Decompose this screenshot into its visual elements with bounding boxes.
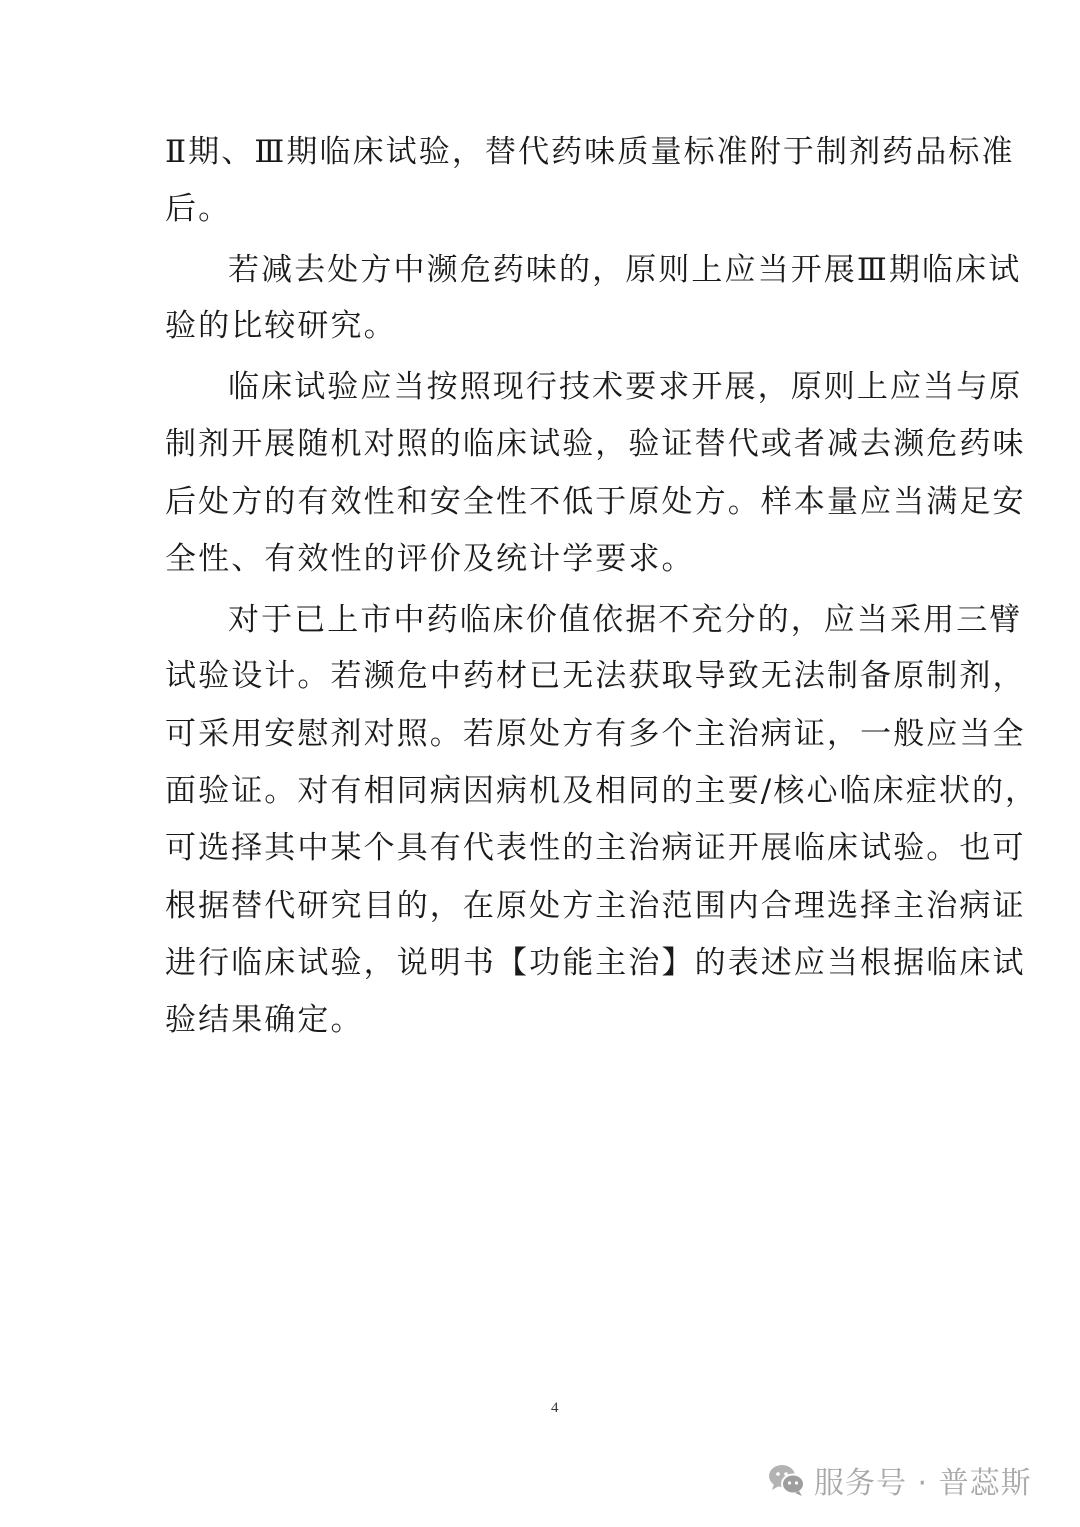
body-line-9: 对于已上市中药临床价值依据不充分的，应当采用三臂 [228, 600, 988, 640]
document-page: Ⅱ期、Ⅲ期临床试验，替代药味质量标准附于制剂药品标准 后。 若减去处方中濒危药味… [0, 0, 1080, 1527]
body-line-12: 面验证。对有相同病因病机及相同的主要/核心临床症状的， [165, 771, 925, 811]
body-line-4: 验的比较研究。 [165, 306, 925, 346]
watermark-text: 服务号 · 普蕊斯 [814, 1458, 1032, 1502]
body-line-11: 可采用安慰剂对照。若原处方有多个主治病证，一般应当全 [165, 714, 925, 754]
body-line-14: 根据替代研究目的，在原处方主治范围内合理选择主治病证 [165, 886, 925, 926]
wechat-icon [768, 1463, 806, 1497]
body-line-16: 验结果确定。 [165, 1000, 925, 1040]
page-number: 4 [551, 1400, 559, 1417]
body-line-10: 试验设计。若濒危中药材已无法获取导致无法制备原制剂， [165, 656, 925, 696]
watermark: 服务号 · 普蕊斯 [768, 1460, 1032, 1500]
body-line-2: 后。 [165, 189, 925, 229]
body-line-7: 后处方的有效性和安全性不低于原处方。样本量应当满足安 [165, 482, 925, 522]
body-line-8: 全性、有效性的评价及统计学要求。 [165, 539, 925, 579]
body-line-3: 若减去处方中濒危药味的，原则上应当开展Ⅲ期临床试 [228, 250, 988, 290]
body-line-15: 进行临床试验，说明书【功能主治】的表述应当根据临床试 [165, 943, 925, 983]
body-line-5: 临床试验应当按照现行技术要求开展，原则上应当与原 [228, 367, 988, 407]
body-line-13: 可选择其中某个具有代表性的主治病证开展临床试验。也可 [165, 828, 925, 868]
body-line-6: 制剂开展随机对照的临床试验，验证替代或者减去濒危药味 [165, 424, 925, 464]
body-line-1: Ⅱ期、Ⅲ期临床试验，替代药味质量标准附于制剂药品标准 [165, 132, 925, 172]
